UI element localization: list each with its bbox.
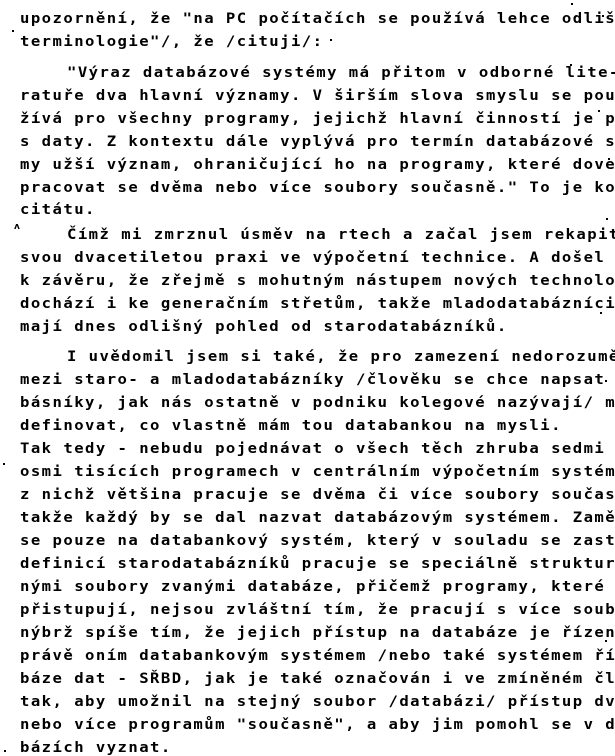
margin-mark: ʌ (14, 222, 20, 232)
text-line: terminologie"/, že /cituji/: (20, 33, 323, 50)
scan-speck (600, 312, 602, 314)
scan-speck (571, 3, 573, 5)
text-line: bázích vyznat. (20, 739, 172, 756)
text-line: nebo více programům "současně", a aby ji… (20, 716, 615, 733)
text-line: z nichž většina pracuje se dvěma či více… (20, 486, 615, 503)
text-line: se pouze na databankový systém, který v … (20, 532, 615, 549)
scanned-document-page: upozornění, že "na PC počítačích se použ… (0, 0, 615, 756)
text-line: my užší význam, ohraničující ho na progr… (20, 156, 615, 173)
text-line: přistupují, nejsou zvláštní tím, že prac… (20, 601, 615, 618)
text-line: žívá pro všechny programy, jejichž hlavn… (20, 110, 615, 127)
text-line: nýbrž spíše tím, že jejich přístup na da… (20, 624, 615, 641)
scan-speck (598, 520, 600, 522)
scan-speck (330, 39, 332, 41)
scan-speck (605, 380, 607, 382)
text-line: Čímž mi zmrznul úsměv na rtech a začal j… (67, 226, 615, 243)
text-line: "Výraz databázové systémy má přitom v od… (67, 64, 615, 81)
text-line: upozornění, že "na PC počítačích se použ… (20, 10, 615, 27)
scan-speck (608, 158, 610, 160)
scan-speck (605, 640, 607, 642)
text-line: právě oním databankovým systémem /nebo t… (20, 647, 615, 664)
text-line: osmi tisících programech v centrálním vý… (20, 463, 615, 480)
scan-speck (598, 110, 600, 112)
text-line: citátu. (20, 201, 96, 218)
text-line: pracovat se dvěma nebo více soubory souč… (20, 179, 615, 196)
text-line: dochází i ke generačním střetům, takže m… (20, 295, 615, 312)
scan-speck (606, 218, 608, 220)
text-line: svou dvacetiletou praxi ve výpočetní tec… (20, 249, 615, 266)
scan-speck (570, 64, 572, 66)
scan-speck (12, 30, 14, 32)
text-line: tak, aby umožnil na stejný soubor /datab… (20, 693, 615, 710)
text-line: mezi staro- a mladodatabázníky /člověku … (20, 371, 615, 388)
scan-speck (602, 15, 604, 17)
text-line: ratuře dva hlavní významy. V širším slov… (20, 87, 615, 104)
text-line: Tak tedy - nebudu pojednávat o všech těc… (20, 440, 615, 457)
text-line: definovat, co vlastně mám tou databankou… (20, 417, 562, 434)
scan-speck (3, 463, 5, 465)
text-line: báze dat - SŘBD, jak je také označován i… (20, 670, 615, 687)
text-line: definicí starodatabázníků pracuje se spe… (20, 555, 615, 572)
text-line: s daty. Z kontextu dále vyplývá pro term… (20, 133, 615, 150)
text-line: I uvědomil jsem si také, že pro zamezení… (67, 348, 615, 365)
text-line: básníky, jak nás ostatně v podniku koleg… (20, 394, 615, 411)
scan-speck (4, 750, 6, 752)
text-line: k závěru, že zřejmě s mohutným nástupem … (20, 272, 615, 289)
text-line: mají dnes odlišný pohled od starodatabáz… (20, 318, 508, 335)
text-line: takže každý by se dal nazvat databázovým… (20, 509, 615, 526)
text-line: nými soubory zvanými databáze, přičemž p… (20, 578, 615, 595)
